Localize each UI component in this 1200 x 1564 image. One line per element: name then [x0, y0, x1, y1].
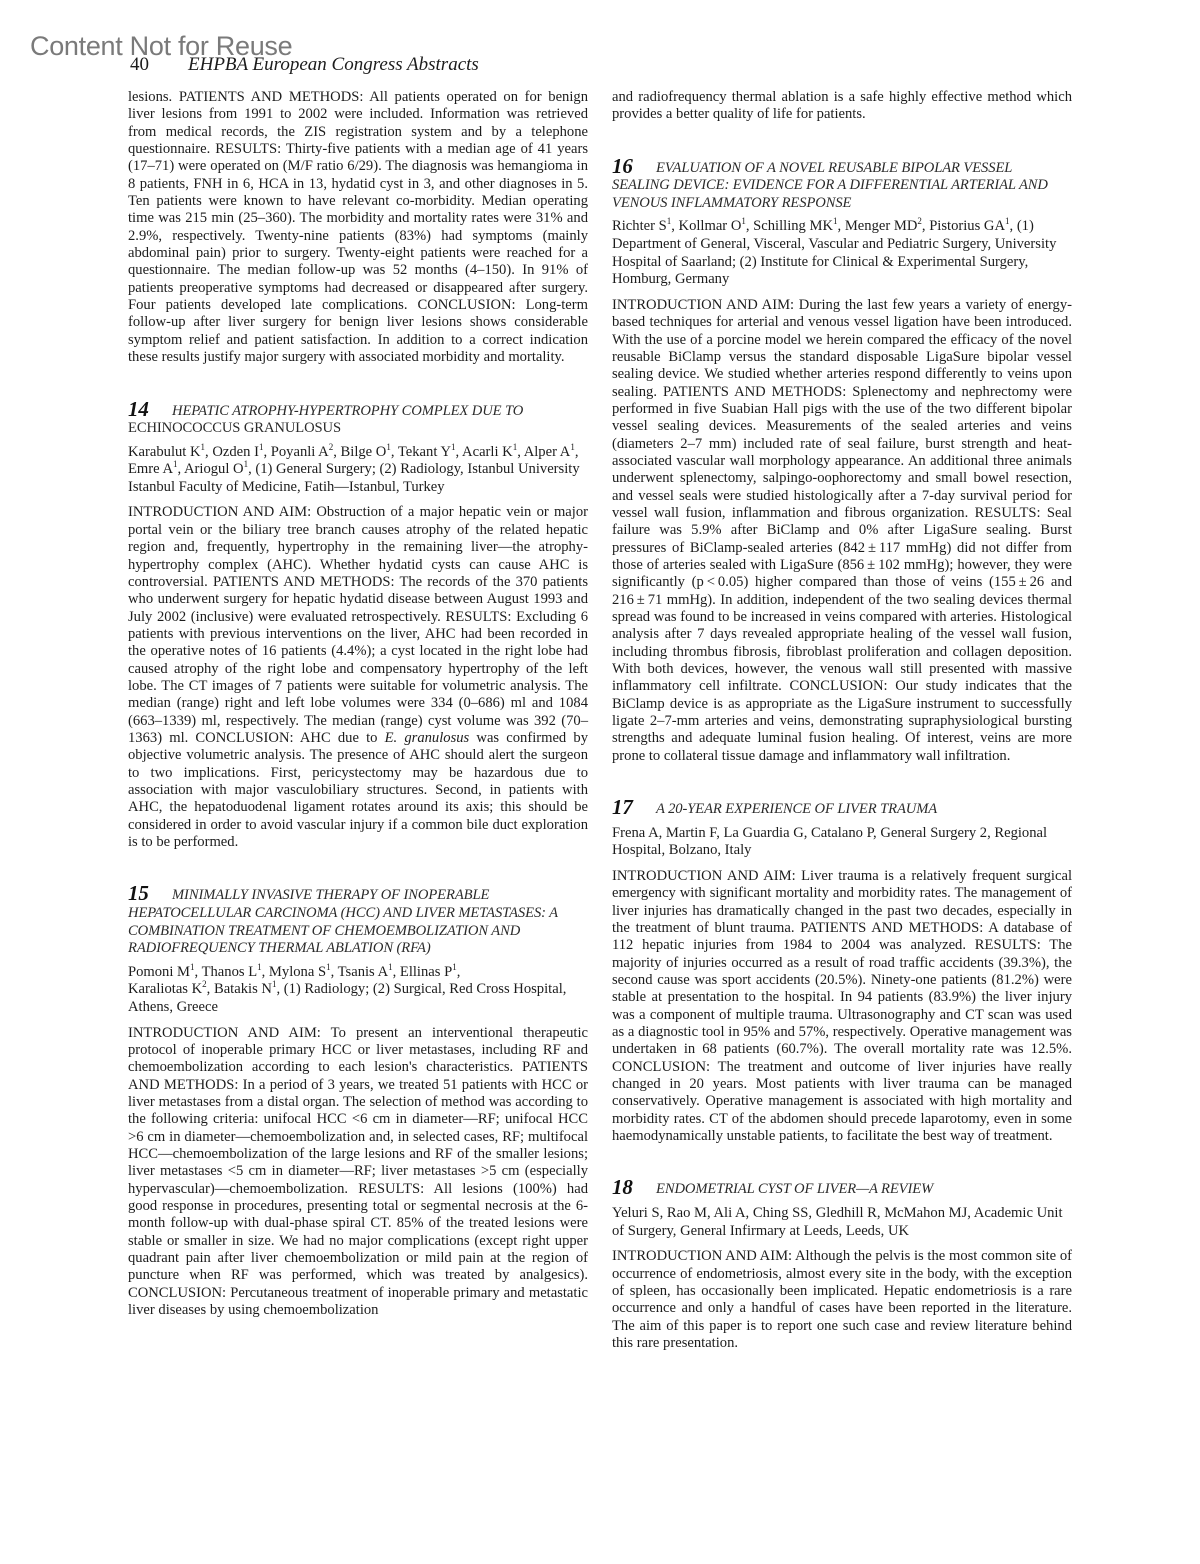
abstract-number: 14 [128, 401, 172, 419]
abstract-14: 14HEPATIC ATROPHY-HYPERTROPHY COMPLEX DU… [128, 401, 588, 852]
species-name: ECHINOCOCCUS GRANULOSUS [128, 420, 341, 436]
continued-abstract-text: lesions. PATIENTS AND METHODS: All patie… [128, 89, 588, 367]
continued-abstract-text: and radiofrequency thermal ablation is a… [612, 89, 1072, 124]
abstract-number: 15 [128, 885, 172, 903]
left-column: lesions. PATIENTS AND METHODS: All patie… [128, 89, 588, 1319]
abstract-title: 15MINIMALLY INVASIVE THERAPY OF INOPERAB… [128, 885, 588, 957]
author-list: Yeluri S, Rao M, Ali A, Ching SS, Gledhi… [612, 1205, 1072, 1240]
abstract-body: INTRODUCTION AND AIM: To present an inte… [128, 1025, 588, 1320]
abstract-15: 15MINIMALLY INVASIVE THERAPY OF INOPERAB… [128, 885, 588, 1319]
abstract-number: 18 [612, 1179, 656, 1197]
right-column: and radiofrequency thermal ablation is a… [612, 89, 1072, 1352]
abstract-title: 14HEPATIC ATROPHY-HYPERTROPHY COMPLEX DU… [128, 401, 588, 438]
author-list: Pomoni M1, Thanos L1, Mylona S1, Tsanis … [128, 964, 588, 1017]
author-list: Karabulut K1, Ozden I1, Poyanli A2, Bilg… [128, 444, 588, 497]
abstract-number: 17 [612, 799, 656, 817]
abstract-title: 17A 20-YEAR EXPERIENCE OF LIVER TRAUMA [612, 799, 1072, 819]
page-number: 40 [130, 53, 188, 77]
abstract-title: 18ENDOMETRIAL CYST OF LIVER—A REVIEW [612, 1179, 1072, 1199]
abstract-body: INTRODUCTION AND AIM: Liver trauma is a … [612, 868, 1072, 1146]
abstract-17: 17A 20-YEAR EXPERIENCE OF LIVER TRAUMA F… [612, 799, 1072, 1145]
abstract-body: INTRODUCTION AND AIM: During the last fe… [612, 297, 1072, 765]
abstract-body: INTRODUCTION AND AIM: Although the pelvi… [612, 1248, 1072, 1352]
author-list: Frena A, Martin F, La Guardia G, Catalan… [612, 825, 1072, 860]
abstract-title: 16EVALUATION OF A NOVEL REUSABLE BIPOLAR… [612, 158, 1072, 213]
abstract-number: 16 [612, 158, 656, 176]
running-header: 40EHPBA European Congress Abstracts [130, 53, 479, 77]
abstract-body: INTRODUCTION AND AIM: Obstruction of a m… [128, 504, 588, 851]
abstract-16: 16EVALUATION OF A NOVEL REUSABLE BIPOLAR… [612, 158, 1072, 765]
abstract-18: 18ENDOMETRIAL CYST OF LIVER—A REVIEW Yel… [612, 1179, 1072, 1352]
author-list: Richter S1, Kollmar O1, Schilling MK1, M… [612, 218, 1072, 288]
journal-title: EHPBA European Congress Abstracts [188, 54, 479, 75]
